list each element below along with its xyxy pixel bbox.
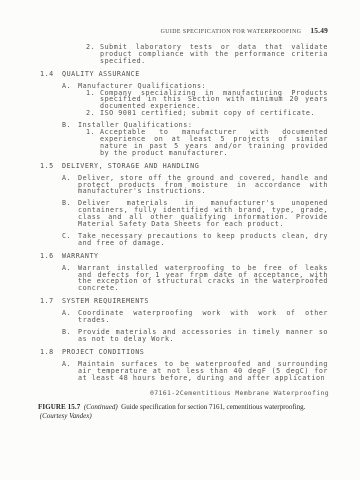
spec-item: A.Deliver, store off the ground and cove… xyxy=(40,175,328,196)
item-text: Warrant installed waterproofing to be fr… xyxy=(78,265,328,293)
item-text: DELIVERY, STORAGE AND HANDLING xyxy=(62,163,328,170)
spec-item: 1.Company specializing in manufacturing … xyxy=(40,90,328,111)
item-text: PROJECT CONDITIONS xyxy=(62,349,328,356)
item-text: Deliver, store off the ground and covere… xyxy=(78,175,328,196)
running-head-title: GUIDE SPECIFICATION FOR WATERPROOFING xyxy=(161,29,302,35)
item-number: 1.6 xyxy=(40,253,62,260)
section-heading: 1.6WARRANTY xyxy=(40,253,328,260)
item-number: A. xyxy=(62,310,78,324)
figure-label: FIGURE 15.7 xyxy=(38,403,80,411)
item-text: Acceptable to manufacturer with document… xyxy=(100,129,328,157)
spec-item: 1.Acceptable to manufacturer with docume… xyxy=(40,129,328,157)
section-heading: 1.8PROJECT CONDITIONS xyxy=(40,349,328,356)
item-text: Provide materials and accessories in tim… xyxy=(78,329,328,343)
spec-item: C.Take necessary precautions to keep pro… xyxy=(40,233,328,247)
item-number: 2. xyxy=(86,110,100,117)
spec-section-ref: 07161-2 xyxy=(150,389,180,397)
item-number: 2. xyxy=(86,44,100,65)
spec-item: B.Deliver materials in manufacturer's un… xyxy=(40,200,328,228)
item-number: C. xyxy=(62,233,78,247)
spec-item: B.Provide materials and accessories in t… xyxy=(40,329,328,343)
item-text: Company specializing in manufacturing Pr… xyxy=(100,90,328,111)
item-text: WARRANTY xyxy=(62,253,328,260)
item-text: Maintain surfaces to be waterproofed and… xyxy=(78,361,328,382)
figure-credit: (Courtesy Vandex) xyxy=(40,412,92,420)
item-number: A. xyxy=(62,361,78,382)
section-heading: 1.5DELIVERY, STORAGE AND HANDLING xyxy=(40,163,328,170)
item-text: SYSTEM REQUIREMENTS xyxy=(62,298,328,305)
page-number: 15.49 xyxy=(310,26,328,35)
item-number: 1.8 xyxy=(40,349,62,356)
spec-item: A.Coordinate waterproofing work with wor… xyxy=(40,310,328,324)
item-number: B. xyxy=(62,200,78,228)
section-heading: 1.7SYSTEM REQUIREMENTS xyxy=(40,298,328,305)
item-text: QUALITY ASSURANCE xyxy=(62,71,328,78)
figure-caption: FIGURE 15.7 (Continued) Guide specificat… xyxy=(38,403,330,420)
spec-item: A.Warrant installed waterproofing to be … xyxy=(40,265,328,293)
item-number: B. xyxy=(62,329,78,343)
item-number: A. xyxy=(62,175,78,196)
item-number: A. xyxy=(62,265,78,293)
item-text: Take necessary precautions to keep produ… xyxy=(78,233,328,247)
spec-item: 2.Submit laboratory tests or data that v… xyxy=(40,44,328,65)
spec-body: 2.Submit laboratory tests or data that v… xyxy=(40,44,328,381)
item-text: Submit laboratory tests or data that val… xyxy=(100,44,328,65)
figure-caption-text: Guide specification for section 7161, ce… xyxy=(121,403,305,411)
item-number: 1. xyxy=(86,90,100,111)
item-text: Coordinate waterproofing work with work … xyxy=(78,310,328,324)
spec-footer-title: Cementitious Membrane Waterproofing xyxy=(180,389,329,397)
item-text: Deliver materials in manufacturer's unop… xyxy=(78,200,328,228)
item-number: 1.4 xyxy=(40,71,62,78)
spec-item: A.Maintain surfaces to be waterproofed a… xyxy=(40,361,328,382)
figure-continued: (Continued) xyxy=(84,403,118,411)
scanned-document-page: GUIDE SPECIFICATION FOR WATERPROOFING 15… xyxy=(0,0,360,480)
item-text: ISO 9001 certified; submit copy of certi… xyxy=(100,110,328,117)
running-head: GUIDE SPECIFICATION FOR WATERPROOFING 15… xyxy=(32,26,328,35)
section-heading: 1.4QUALITY ASSURANCE xyxy=(40,71,328,78)
item-number: 1.7 xyxy=(40,298,62,305)
spec-footer-line: 07161-2Cementitious Membrane Waterproofi… xyxy=(40,389,329,397)
item-number: 1.5 xyxy=(40,163,62,170)
spec-item: 2.ISO 9001 certified; submit copy of cer… xyxy=(40,110,328,117)
item-number: B. xyxy=(62,122,78,129)
item-number: A. xyxy=(62,83,78,90)
item-number: 1. xyxy=(86,129,100,157)
